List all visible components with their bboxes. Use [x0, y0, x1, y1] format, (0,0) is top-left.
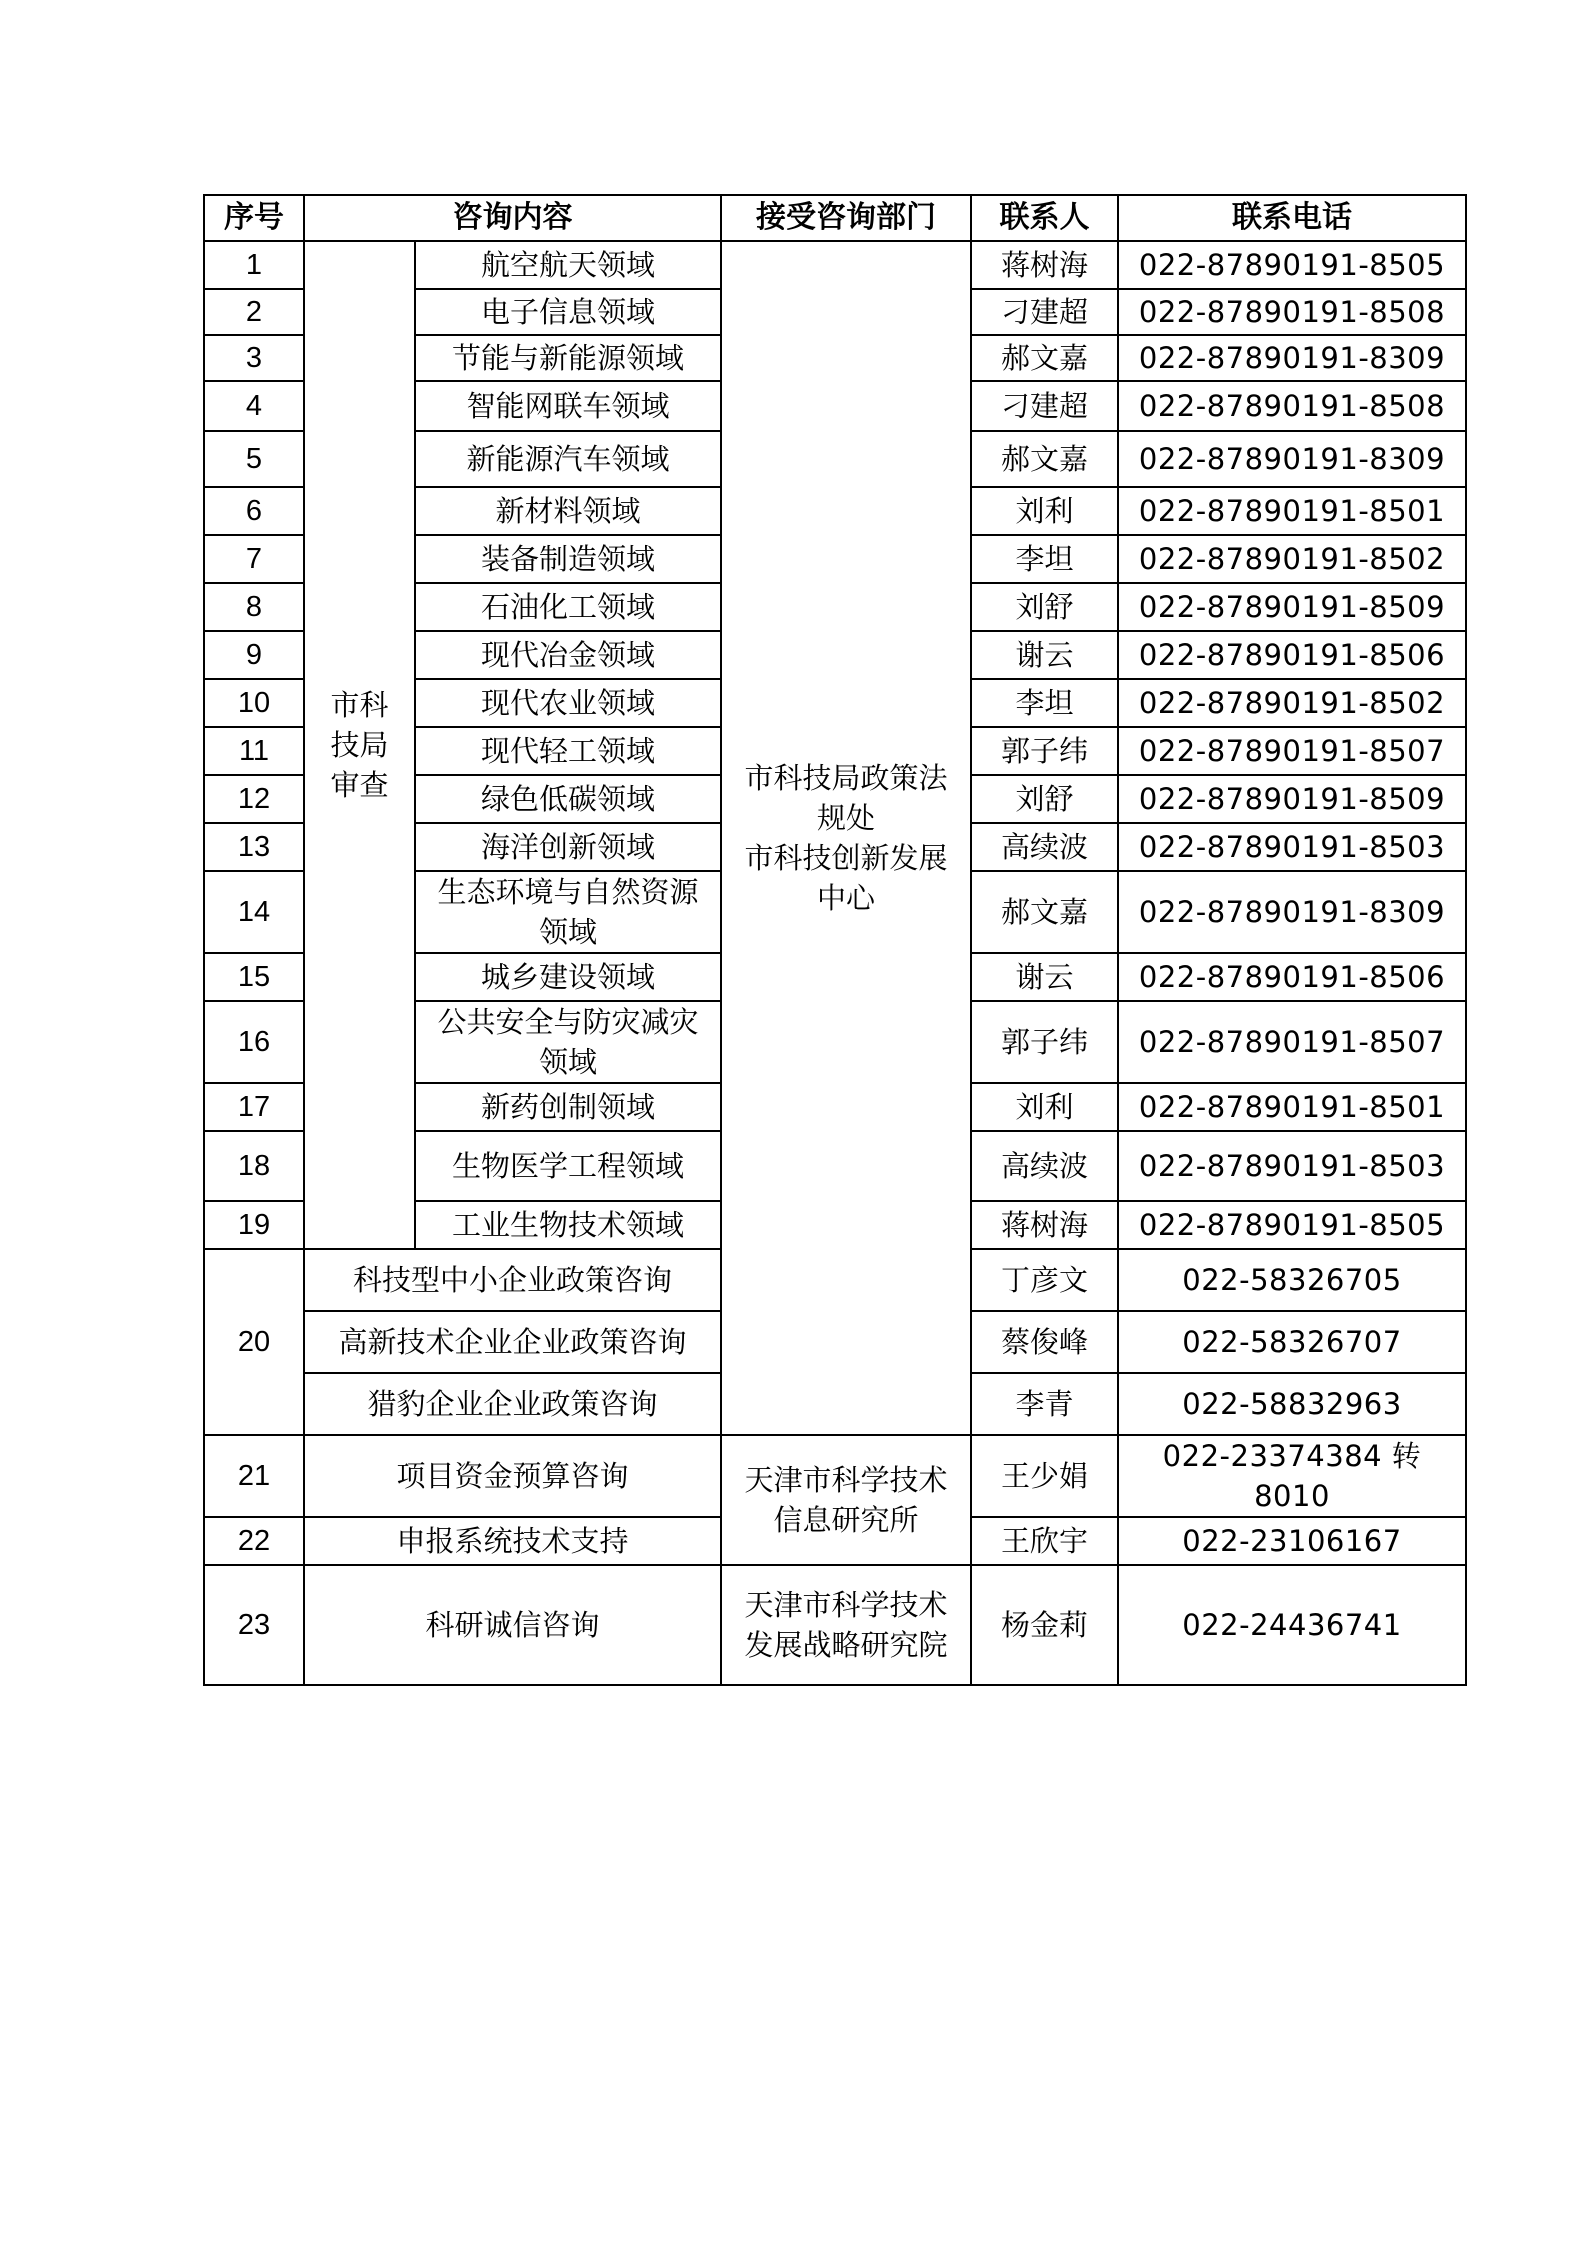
contact-cell: 蒋树海	[971, 1201, 1118, 1249]
contact-cell: 蔡俊峰	[971, 1311, 1118, 1373]
phone-cell: 022-87890191-8506	[1118, 631, 1466, 679]
content-cell: 现代农业领域	[415, 679, 721, 727]
phone-cell: 022-87890191-8501	[1118, 1083, 1466, 1131]
content-cell: 生物医学工程领域	[415, 1131, 721, 1201]
phone-cell: 022-58326705	[1118, 1249, 1466, 1311]
table-row: 23科研诚信咨询天津市科学技术发展战略研究院杨金莉022-24436741	[204, 1565, 1466, 1685]
seq-cell: 5	[204, 431, 304, 487]
header-row: 序号 咨询内容 接受咨询部门 联系人 联系电话	[204, 195, 1466, 241]
contact-cell: 蒋树海	[971, 241, 1118, 289]
seq-cell: 19	[204, 1201, 304, 1249]
contact-cell: 刘利	[971, 487, 1118, 535]
phone-cell: 022-87890191-8508	[1118, 381, 1466, 431]
seq-cell: 3	[204, 335, 304, 381]
contact-cell: 郝文嘉	[971, 871, 1118, 953]
seq-cell: 9	[204, 631, 304, 679]
seq-cell: 1	[204, 241, 304, 289]
content-cell: 电子信息领域	[415, 289, 721, 335]
phone-cell: 022-87890191-8309	[1118, 431, 1466, 487]
content-cell: 现代轻工领域	[415, 727, 721, 775]
content-cell: 现代冶金领域	[415, 631, 721, 679]
table-row: 21项目资金预算咨询天津市科学技术信息研究所王少娟022-23374384 转 …	[204, 1435, 1466, 1517]
contact-cell: 杨金莉	[971, 1565, 1118, 1685]
dept-cell: 天津市科学技术发展战略研究院	[721, 1565, 971, 1685]
seq-cell: 6	[204, 487, 304, 535]
consultation-contact-table: 序号 咨询内容 接受咨询部门 联系人 联系电话 1市科 技局 审查航空航天领域市…	[203, 194, 1467, 1686]
phone-cell: 022-58326707	[1118, 1311, 1466, 1373]
content-cell: 工业生物技术领域	[415, 1201, 721, 1249]
seq-cell: 2	[204, 289, 304, 335]
seq-cell: 12	[204, 775, 304, 823]
seq-cell: 13	[204, 823, 304, 871]
seq-cell: 11	[204, 727, 304, 775]
contact-cell: 郝文嘉	[971, 431, 1118, 487]
phone-cell: 022-87890191-8503	[1118, 823, 1466, 871]
phone-cell: 022-87890191-8505	[1118, 241, 1466, 289]
contact-cell: 李坦	[971, 535, 1118, 583]
phone-cell: 022-58832963	[1118, 1373, 1466, 1435]
contact-cell: 高续波	[971, 823, 1118, 871]
contact-cell: 王少娟	[971, 1435, 1118, 1517]
contact-cell: 刘舒	[971, 583, 1118, 631]
phone-cell: 022-87890191-8503	[1118, 1131, 1466, 1201]
contact-cell: 刘舒	[971, 775, 1118, 823]
phone-cell: 022-23106167	[1118, 1517, 1466, 1565]
phone-cell: 022-87890191-8509	[1118, 583, 1466, 631]
contact-cell: 刁建超	[971, 381, 1118, 431]
content-cell: 新能源汽车领域	[415, 431, 721, 487]
phone-cell: 022-87890191-8505	[1118, 1201, 1466, 1249]
content-cell: 猎豹企业企业政策咨询	[304, 1373, 721, 1435]
seq-cell: 8	[204, 583, 304, 631]
table-row: 1市科 技局 审查航空航天领域市科技局政策法规处 市科技创新发展中心蒋树海022…	[204, 241, 1466, 289]
seq-cell: 23	[204, 1565, 304, 1685]
contact-cell: 谢云	[971, 631, 1118, 679]
content-cell: 生态环境与自然资源领域	[415, 871, 721, 953]
content-cell: 石油化工领域	[415, 583, 721, 631]
contact-cell: 王欣宇	[971, 1517, 1118, 1565]
seq-cell: 10	[204, 679, 304, 727]
seq-cell: 14	[204, 871, 304, 953]
contact-cell: 郭子纬	[971, 727, 1118, 775]
content-cell: 申报系统技术支持	[304, 1517, 721, 1565]
dept-cell: 市科技局政策法规处 市科技创新发展中心	[721, 241, 971, 1435]
seq-cell: 21	[204, 1435, 304, 1517]
review-group-cell: 市科 技局 审查	[304, 241, 415, 1249]
contact-cell: 郝文嘉	[971, 335, 1118, 381]
content-cell: 智能网联车领域	[415, 381, 721, 431]
phone-cell: 022-87890191-8506	[1118, 953, 1466, 1001]
phone-cell: 022-87890191-8309	[1118, 335, 1466, 381]
seq-cell: 7	[204, 535, 304, 583]
content-cell: 新药创制领域	[415, 1083, 721, 1131]
phone-cell: 022-87890191-8309	[1118, 871, 1466, 953]
content-cell: 航空航天领域	[415, 241, 721, 289]
seq-cell: 20	[204, 1249, 304, 1435]
phone-cell: 022-87890191-8508	[1118, 289, 1466, 335]
header-dept: 接受咨询部门	[721, 195, 971, 241]
header-phone: 联系电话	[1118, 195, 1466, 241]
content-cell: 装备制造领域	[415, 535, 721, 583]
phone-cell: 022-87890191-8502	[1118, 535, 1466, 583]
contact-cell: 李坦	[971, 679, 1118, 727]
phone-cell: 022-24436741	[1118, 1565, 1466, 1685]
phone-cell: 022-23374384 转 8010	[1118, 1435, 1466, 1517]
contact-cell: 谢云	[971, 953, 1118, 1001]
contact-cell: 刘利	[971, 1083, 1118, 1131]
contact-cell: 李青	[971, 1373, 1118, 1435]
contact-cell: 刁建超	[971, 289, 1118, 335]
phone-cell: 022-87890191-8509	[1118, 775, 1466, 823]
content-cell: 科研诚信咨询	[304, 1565, 721, 1685]
seq-cell: 18	[204, 1131, 304, 1201]
header-contact: 联系人	[971, 195, 1118, 241]
header-seq: 序号	[204, 195, 304, 241]
phone-cell: 022-87890191-8501	[1118, 487, 1466, 535]
phone-cell: 022-87890191-8507	[1118, 727, 1466, 775]
contact-cell: 郭子纬	[971, 1001, 1118, 1083]
content-cell: 高新技术企业企业政策咨询	[304, 1311, 721, 1373]
content-cell: 项目资金预算咨询	[304, 1435, 721, 1517]
content-cell: 城乡建设领域	[415, 953, 721, 1001]
content-cell: 科技型中小企业政策咨询	[304, 1249, 721, 1311]
seq-cell: 17	[204, 1083, 304, 1131]
seq-cell: 16	[204, 1001, 304, 1083]
dept-cell: 天津市科学技术信息研究所	[721, 1435, 971, 1565]
phone-cell: 022-87890191-8507	[1118, 1001, 1466, 1083]
contact-cell: 丁彦文	[971, 1249, 1118, 1311]
content-cell: 新材料领域	[415, 487, 721, 535]
phone-cell: 022-87890191-8502	[1118, 679, 1466, 727]
seq-cell: 15	[204, 953, 304, 1001]
header-content: 咨询内容	[304, 195, 721, 241]
content-cell: 公共安全与防灾减灾领域	[415, 1001, 721, 1083]
content-cell: 绿色低碳领域	[415, 775, 721, 823]
content-cell: 节能与新能源领域	[415, 335, 721, 381]
seq-cell: 4	[204, 381, 304, 431]
contact-cell: 高续波	[971, 1131, 1118, 1201]
content-cell: 海洋创新领域	[415, 823, 721, 871]
seq-cell: 22	[204, 1517, 304, 1565]
